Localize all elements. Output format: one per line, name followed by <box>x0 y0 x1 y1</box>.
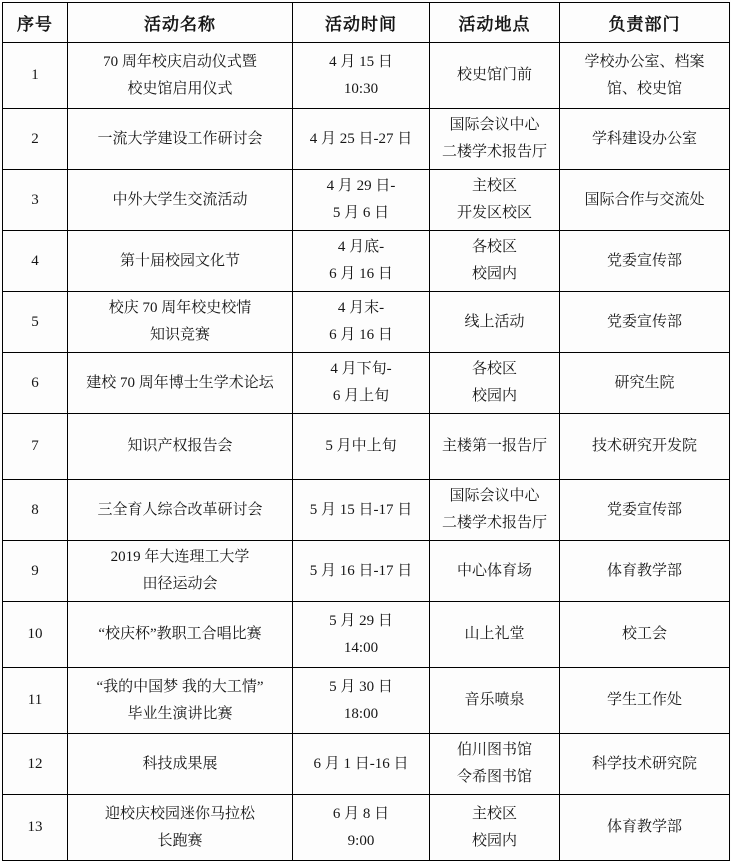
cell-no: 6 <box>3 353 68 414</box>
cell-dept: 科学技术研究院 <box>560 734 730 795</box>
cell-dept: 体育教学部 <box>560 795 730 861</box>
cell-dept: 学校办公室、档案 馆、校史馆 <box>560 43 730 109</box>
cell-time: 6 月 8 日 9:00 <box>293 795 430 861</box>
cell-time: 5 月 29 日 14:00 <box>293 602 430 668</box>
cell-name: 科技成果展 <box>68 734 293 795</box>
table-row: 4 第十届校园文化节 4 月底- 6 月 16 日 各校区 校园内 党委宣传部 <box>3 231 730 292</box>
cell-no: 3 <box>3 170 68 231</box>
table-row: 2 一流大学建设工作研讨会 4 月 25 日-27 日 国际会议中心 二楼学术报… <box>3 109 730 170</box>
cell-no: 2 <box>3 109 68 170</box>
table-row: 9 2019 年大连理工大学 田径运动会 5 月 16 日-17 日 中心体育场… <box>3 541 730 602</box>
header-row: 序号 活动名称 活动时间 活动地点 负责部门 <box>3 3 730 43</box>
cell-dept: 党委宣传部 <box>560 292 730 353</box>
cell-name: 知识产权报告会 <box>68 414 293 480</box>
cell-dept: 学科建设办公室 <box>560 109 730 170</box>
cell-place: 音乐喷泉 <box>430 668 560 734</box>
cell-name: 建校 70 周年博士生学术论坛 <box>68 353 293 414</box>
cell-time: 5 月 16 日-17 日 <box>293 541 430 602</box>
cell-time: 4 月 29 日- 5 月 6 日 <box>293 170 430 231</box>
cell-time: 5 月 30 日 18:00 <box>293 668 430 734</box>
header-cell-dept: 负责部门 <box>560 3 730 43</box>
cell-place: 国际会议中心 二楼学术报告厅 <box>430 480 560 541</box>
table-row: 5 校庆 70 周年校史校情 知识竞赛 4 月末- 6 月 16 日 线上活动 … <box>3 292 730 353</box>
table-row: 1 70 周年校庆启动仪式暨 校史馆启用仪式 4 月 15 日 10:30 校史… <box>3 43 730 109</box>
cell-no: 1 <box>3 43 68 109</box>
cell-place: 山上礼堂 <box>430 602 560 668</box>
cell-no: 12 <box>3 734 68 795</box>
table-row: 12 科技成果展 6 月 1 日-16 日 伯川图书馆 令希图书馆 科学技术研究… <box>3 734 730 795</box>
cell-no: 4 <box>3 231 68 292</box>
header-cell-name: 活动名称 <box>68 3 293 43</box>
cell-name: 三全育人综合改革研讨会 <box>68 480 293 541</box>
cell-no: 7 <box>3 414 68 480</box>
cell-time: 4 月 15 日 10:30 <box>293 43 430 109</box>
table-row: 6 建校 70 周年博士生学术论坛 4 月下旬- 6 月上旬 各校区 校园内 研… <box>3 353 730 414</box>
cell-name: 迎校庆校园迷你马拉松 长跑赛 <box>68 795 293 861</box>
cell-name: 2019 年大连理工大学 田径运动会 <box>68 541 293 602</box>
cell-dept: 技术研究开发院 <box>560 414 730 480</box>
cell-dept: 国际合作与交流处 <box>560 170 730 231</box>
cell-time: 4 月下旬- 6 月上旬 <box>293 353 430 414</box>
cell-dept: 学生工作处 <box>560 668 730 734</box>
cell-no: 11 <box>3 668 68 734</box>
cell-dept: 校工会 <box>560 602 730 668</box>
cell-time: 5 月中上旬 <box>293 414 430 480</box>
cell-dept: 体育教学部 <box>560 541 730 602</box>
cell-name: 70 周年校庆启动仪式暨 校史馆启用仪式 <box>68 43 293 109</box>
header-cell-place: 活动地点 <box>430 3 560 43</box>
cell-name: 第十届校园文化节 <box>68 231 293 292</box>
cell-place: 各校区 校园内 <box>430 353 560 414</box>
cell-time: 5 月 15 日-17 日 <box>293 480 430 541</box>
cell-dept: 研究生院 <box>560 353 730 414</box>
cell-name: 一流大学建设工作研讨会 <box>68 109 293 170</box>
cell-time: 4 月末- 6 月 16 日 <box>293 292 430 353</box>
header-cell-time: 活动时间 <box>293 3 430 43</box>
cell-time: 6 月 1 日-16 日 <box>293 734 430 795</box>
cell-place: 校史馆门前 <box>430 43 560 109</box>
table-row: 10 “校庆杯”教职工合唱比赛 5 月 29 日 14:00 山上礼堂 校工会 <box>3 602 730 668</box>
cell-name: “我的中国梦 我的大工情” 毕业生演讲比赛 <box>68 668 293 734</box>
document-page: 序号 活动名称 活动时间 活动地点 负责部门 1 70 周年校庆启动仪式暨 校史… <box>0 0 731 832</box>
cell-no: 13 <box>3 795 68 861</box>
cell-no: 9 <box>3 541 68 602</box>
cell-place: 主校区 校园内 <box>430 795 560 861</box>
cell-dept: 党委宣传部 <box>560 231 730 292</box>
cell-place: 线上活动 <box>430 292 560 353</box>
table-row: 8 三全育人综合改革研讨会 5 月 15 日-17 日 国际会议中心 二楼学术报… <box>3 480 730 541</box>
cell-no: 8 <box>3 480 68 541</box>
cell-no: 5 <box>3 292 68 353</box>
cell-place: 主校区 开发区校区 <box>430 170 560 231</box>
cell-place: 各校区 校园内 <box>430 231 560 292</box>
cell-place: 国际会议中心 二楼学术报告厅 <box>430 109 560 170</box>
cell-name: “校庆杯”教职工合唱比赛 <box>68 602 293 668</box>
table-row: 11 “我的中国梦 我的大工情” 毕业生演讲比赛 5 月 30 日 18:00 … <box>3 668 730 734</box>
cell-dept: 党委宣传部 <box>560 480 730 541</box>
header-cell-no: 序号 <box>3 3 68 43</box>
cell-time: 4 月底- 6 月 16 日 <box>293 231 430 292</box>
table-row: 3 中外大学生交流活动 4 月 29 日- 5 月 6 日 主校区 开发区校区 … <box>3 170 730 231</box>
cell-place: 伯川图书馆 令希图书馆 <box>430 734 560 795</box>
activities-table: 序号 活动名称 活动时间 活动地点 负责部门 1 70 周年校庆启动仪式暨 校史… <box>2 2 730 861</box>
table-row: 13 迎校庆校园迷你马拉松 长跑赛 6 月 8 日 9:00 主校区 校园内 体… <box>3 795 730 861</box>
cell-name: 校庆 70 周年校史校情 知识竞赛 <box>68 292 293 353</box>
cell-place: 中心体育场 <box>430 541 560 602</box>
table-row: 7 知识产权报告会 5 月中上旬 主楼第一报告厅 技术研究开发院 <box>3 414 730 480</box>
cell-name: 中外大学生交流活动 <box>68 170 293 231</box>
cell-no: 10 <box>3 602 68 668</box>
cell-time: 4 月 25 日-27 日 <box>293 109 430 170</box>
cell-place: 主楼第一报告厅 <box>430 414 560 480</box>
